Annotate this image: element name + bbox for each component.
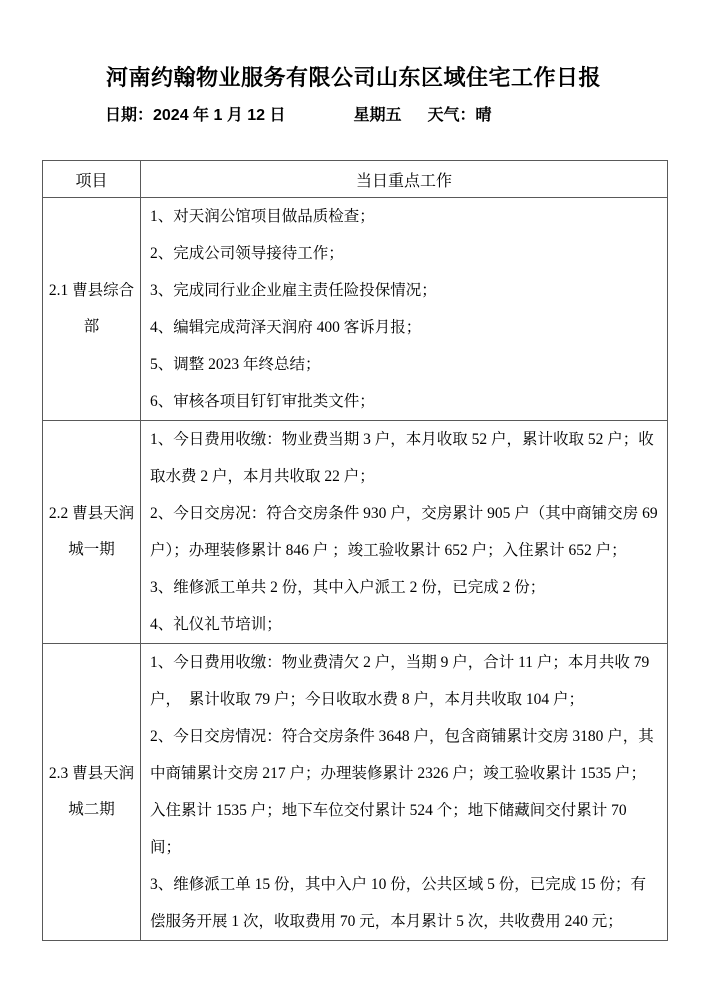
column-header-work: 当日重点工作 [141, 161, 668, 198]
column-header-project: 项目 [43, 161, 141, 198]
work-item: 4、礼仪礼节培训； [150, 606, 661, 643]
table-header-row: 项目 当日重点工作 [43, 161, 668, 198]
date-line: 日期：2024 年 1 月 12 日星期五天气：晴 [105, 105, 707, 127]
work-item: 1、今日费用收缴：物业费清欠 2 户，当期 9 户，合计 11 户；本月共收 7… [150, 644, 661, 718]
document-page: 河南约翰物业服务有限公司山东区域住宅工作日报 日期：2024 年 1 月 12 … [0, 0, 707, 999]
work-item: 4、编辑完成菏泽天润府 400 客诉月报； [150, 309, 661, 346]
work-items-cell: 1、对天润公馆项目做品质检查； 2、完成公司领导接待工作； 3、完成同行业企业雇… [141, 198, 668, 421]
weather-field: 天气：晴 [428, 107, 492, 124]
project-name-cell: 2.3 曹县天润城二期 [43, 644, 141, 941]
project-name-cell: 2.1 曹县综合部 [43, 198, 141, 421]
table-row: 2.2 曹县天润城一期 1、今日费用收缴：物业费当期 3 户，本月收取 52 户… [43, 421, 668, 644]
work-item: 2、完成公司领导接待工作； [150, 235, 661, 272]
work-item: 1、今日费用收缴：物业费当期 3 户，本月收取 52 户，累计收取 52 户；收… [150, 421, 661, 495]
daily-report-table: 项目 当日重点工作 2.1 曹县综合部 1、对天润公馆项目做品质检查； 2、完成… [42, 160, 668, 941]
weekday-field: 星期五 [354, 107, 402, 124]
work-item: 3、维修派工单 15 份，其中入户 10 份，公共区域 5 份，已完成 15 份… [150, 866, 661, 940]
work-item: 2、今日交房情况：符合交房条件 3648 户，包含商铺累计交房 3180 户，其… [150, 718, 661, 866]
work-item: 2、今日交房况：符合交房条件 930 户，交房累计 905 户（其中商铺交房 6… [150, 495, 661, 569]
work-items-cell: 1、今日费用收缴：物业费当期 3 户，本月收取 52 户，累计收取 52 户；收… [141, 421, 668, 644]
work-item: 5、调整 2023 年终总结； [150, 346, 661, 383]
work-item: 3、完成同行业企业雇主责任险投保情况； [150, 272, 661, 309]
work-item: 6、审核各项目钉钉审批类文件； [150, 383, 661, 420]
table-row: 2.1 曹县综合部 1、对天润公馆项目做品质检查； 2、完成公司领导接待工作； … [43, 198, 668, 421]
page-title: 河南约翰物业服务有限公司山东区域住宅工作日报 [0, 0, 707, 94]
date-field: 日期：2024 年 1 月 12 日 [105, 107, 286, 124]
work-item: 1、对天润公馆项目做品质检查； [150, 198, 661, 235]
work-items-cell: 1、今日费用收缴：物业费清欠 2 户，当期 9 户，合计 11 户；本月共收 7… [141, 644, 668, 941]
work-item: 3、维修派工单共 2 份，其中入户派工 2 份，已完成 2 份； [150, 569, 661, 606]
project-name-cell: 2.2 曹县天润城一期 [43, 421, 141, 644]
table-row: 2.3 曹县天润城二期 1、今日费用收缴：物业费清欠 2 户，当期 9 户，合计… [43, 644, 668, 941]
